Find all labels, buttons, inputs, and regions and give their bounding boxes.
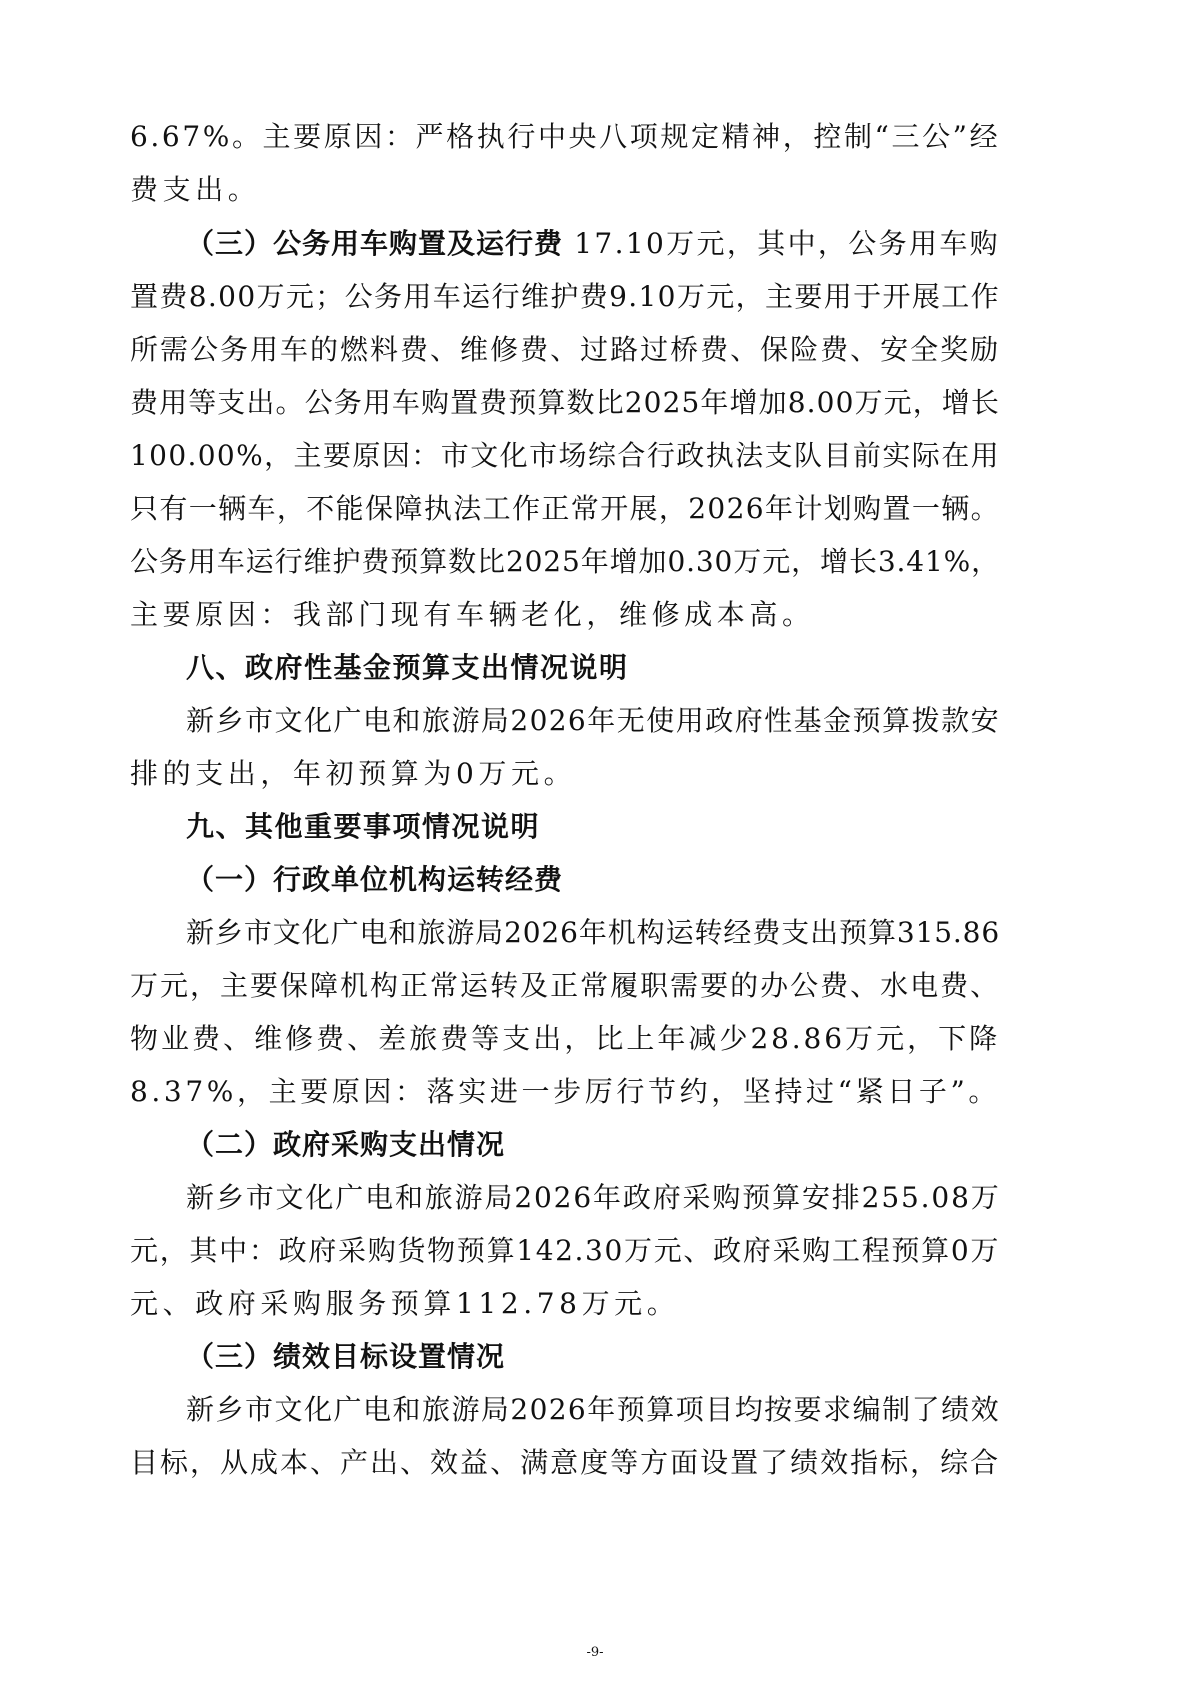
paragraph-line: 所需公务用车的燃料费、维修费、过路过桥费、保险费、安全奖励 xyxy=(130,323,1000,376)
paragraph-line: 新乡市文化广电和旅游局2026年政府采购预算安排255.08万 xyxy=(186,1171,1000,1224)
paragraph-line: 只有一辆车，不能保障执法工作正常开展，2026年计划购置一辆。 xyxy=(130,482,1000,535)
section-heading: 八、政府性基金预算支出情况说明 xyxy=(186,641,1000,694)
paragraph-line: 新乡市文化广电和旅游局2026年预算项目均按要求编制了绩效 xyxy=(186,1383,1000,1436)
paragraph-line: （三）公务用车购置及运行费 17.10万元，其中，公务用车购 xyxy=(186,217,1000,270)
paragraph-line: 6.67%。主要原因：严格执行中央八项规定精神，控制“三公”经 xyxy=(130,110,1000,163)
paragraph-line: 主要原因：我部门现有车辆老化，维修成本高。 xyxy=(130,588,1000,641)
subsection-heading: （三）绩效目标设置情况 xyxy=(186,1330,1000,1383)
paragraph-line: 8.37%，主要原因：落实进一步厉行节约，坚持过“紧日子”。 xyxy=(130,1065,1000,1118)
subsection-heading: （二）政府采购支出情况 xyxy=(186,1118,1000,1171)
paragraph-line: 费支出。 xyxy=(130,163,1000,216)
paragraph-line: 置费8.00万元；公务用车运行维护费9.10万元，主要用于开展工作 xyxy=(130,270,1000,323)
paragraph-line: 公务用车运行维护费预算数比2025年增加0.30万元，增长3.41%， xyxy=(130,535,1000,588)
paragraph-line: 新乡市文化广电和旅游局2026年无使用政府性基金预算拨款安 xyxy=(186,694,1000,747)
paragraph-line: 费用等支出。公务用车购置费预算数比2025年增加8.00万元，增长 xyxy=(130,376,1000,429)
subsection-heading: （一）行政单位机构运转经费 xyxy=(186,853,1000,906)
paragraph-line: 元、政府采购服务预算112.78万元。 xyxy=(130,1277,1000,1330)
paragraph-line: 新乡市文化广电和旅游局2026年机构运转经费支出预算315.86 xyxy=(186,906,1000,959)
paragraph-line: 目标，从成本、产出、效益、满意度等方面设置了绩效指标，综合 xyxy=(130,1436,1000,1489)
document-page: 6.67%。主要原因：严格执行中央八项规定精神，控制“三公”经费支出。（三）公务… xyxy=(0,0,1190,1684)
paragraph-line: 元，其中：政府采购货物预算142.30万元、政府采购工程预算0万 xyxy=(130,1224,1000,1277)
paragraph-line: 物业费、维修费、差旅费等支出，比上年减少28.86万元，下降 xyxy=(130,1012,1000,1065)
section-heading: 九、其他重要事项情况说明 xyxy=(186,800,1000,853)
paragraph-line: 排的支出，年初预算为0万元。 xyxy=(130,747,1000,800)
inline-subsection-heading: （三）公务用车购置及运行费 xyxy=(186,227,563,260)
page-number: -9- xyxy=(0,1645,1190,1660)
paragraph-line: 万元，主要保障机构正常运转及正常履职需要的办公费、水电费、 xyxy=(130,959,1000,1012)
paragraph-line: 100.00%，主要原因：市文化市场综合行政执法支队目前实际在用 xyxy=(130,429,1000,482)
paragraph-text: 17.10万元，其中，公务用车购 xyxy=(563,227,1000,260)
